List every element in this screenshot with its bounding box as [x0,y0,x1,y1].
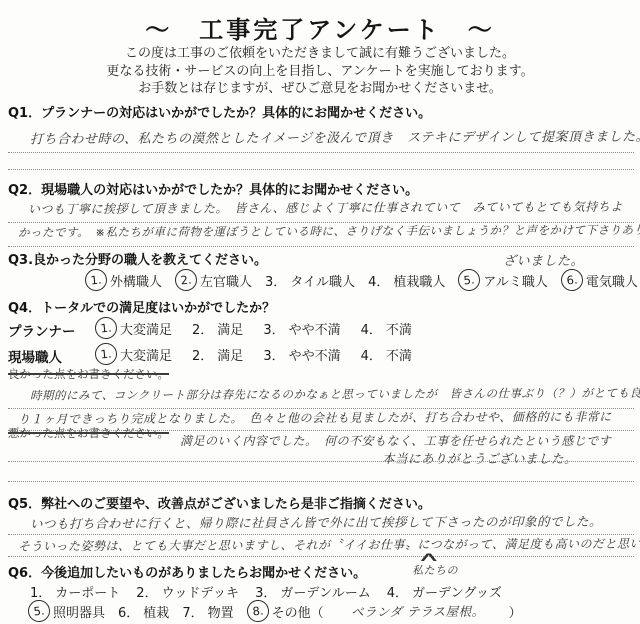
q4-planner-option-3-number: 3． [263,319,284,338]
q3-option-4: 4．植栽職人 [368,271,445,290]
q4-workers-option-1-circle-mark: 1. [94,342,118,366]
q6-option-5-circle-mark: 5. [27,599,51,623]
q6-options-row-1: 1．カーポート 2．ウッドデッキ 3．ガーデンルーム 4．ガーデングッズ [30,582,502,601]
q4-workers-option-2: 2．満足 [192,345,243,364]
q6-option-4: 4．ガーデングッズ [387,582,502,601]
q4-answer-handwriting-3: 満足のいく内容でした。 何の不安もなく、工事を任せられたという感じです [180,432,611,449]
q3-option-2: 2.左官職人 [175,269,252,291]
q4-workers-option-3-number: 3． [263,345,284,364]
intro-text: この度は工事のご依頼をいただきまして誠に有難うございました。 更なる技術・サービ… [0,45,640,98]
q5-label: Q5．弊社へのご要望や、改善点がございましたら是非ご指摘ください。 [8,493,431,512]
q6-option-1-label: カーポート [55,582,120,601]
q6-option-7: 7．物置 [182,602,233,621]
intro-line-1: この度は工事のご依頼をいただきまして誠に有難うございました。 [0,45,640,63]
q2-answer-line-1: いつも丁寧に挨拶して頂きました。 皆さん、感じよく丁寧に仕事されていて みていて… [8,199,634,223]
q6-close-paren: ） [509,602,522,621]
q4-planner-option-1-label: 大変満足 [120,319,172,338]
q6-option-2: 2．ウッドデッキ [136,582,239,601]
q4-workers-option-1-label: 大変満足 [120,345,172,364]
q6-option-7-label: 物置 [208,602,234,621]
q1-label: Q1．プランナーの対応はいかがでしたか？具体的にお聞かせください。 [8,102,431,121]
q4-planner-option-4-label: 不満 [386,319,412,338]
q3-option-5-label: アルミ職人 [483,271,547,290]
q6-option-6-number: 6． [118,602,139,621]
q6-option-4-number: 4． [387,582,408,601]
q6-option-5: 5.照明器具 [28,600,105,622]
q4-workers-option-3-label: やや不満 [289,345,341,364]
q4-answer-handwriting-1: 時期的にみて、コンクリート部分は春先になるのかなぁと思っていましたが 皆さんの仕… [30,385,640,404]
q3-option-3: 3．タイル職人 [265,271,355,290]
q2-label: Q2．現場職人の対応はいかがでしたか？具体的にお聞かせください。 [8,179,418,198]
q6-option-4-label: ガーデングッズ [412,582,502,601]
q2-answer-handwriting-2: かったです。 ※私たちが車に荷物を運ぼうとしている時に、さりげなく手伝いましょう… [18,222,640,241]
intro-line-3: お手数とは存じますが、ぜひご意見をお聞かせくださいませ。 [0,80,640,98]
q4-workers-option-2-number: 2． [192,345,213,364]
q1-answer-line: 打ち合わせ時の、私たちの漠然としたイメージを汲んで頂き ステキにデザインして提案… [8,127,634,153]
q4-blank-answer-line-1 [8,461,634,462]
q6-option-6: 6．植栽 [118,602,169,621]
q4-workers-option-1: 1.大変満足 [95,343,172,365]
form-title: ～ 工事完了アンケート ～ [0,10,640,45]
q2-answer-line-2: かったです。 ※私たちが車に荷物を運ぼうとしている時に、さりげなく手伝いましょう… [8,223,634,247]
q5-answer-handwriting-2: そういった姿勢は、とても大事だと思いますし、それが〝イイお仕事〟につながって、満… [18,535,640,555]
q4-row-workers-options: 1.大変満足 2．満足 3．やや不満 4．不満 [95,343,412,365]
q6-other-answer-handwriting: ベランダ テラス屋根。 [351,602,496,621]
q2-answer-overflow-handwriting: ざいました。 [503,250,584,269]
q5-answer-handwriting-1: いつも打ち合わせに行くと、帰り際に社員さん皆で外に出て挨拶して下さったのが印象的… [30,512,602,532]
q4-row-planner-name: プランナー [8,320,76,340]
q3-label: Q3.良かった分野の職人を教えてください。 [8,249,267,268]
q1-answer-handwriting: 打ち合わせ時の、私たちの漠然としたイメージを汲んで頂き ステキにデザインして提案… [30,126,640,148]
q4-label: Q4．トータルでの満足度はいかがでしたか？ [8,297,275,316]
q4-answer-line-1: 時期的にみて、コンクリート部分は春先になるのかなぁと思っていましたが 皆さんの仕… [8,386,634,409]
intro-line-2: 更なる技術・サービスの向上を目指し、アンケートを実施しております。 [0,63,640,81]
q3-option-5-circle-mark: 5. [457,268,481,292]
q6-label: Q6．今後追加したいものがありましたらお聞かせください。 [8,562,366,581]
q2-answer-handwriting-1: いつも丁寧に挨拶して頂きました。 皆さん、感じよく丁寧に仕事されていて みていて… [28,198,623,218]
q4-good-points-prompt: 良かった点をお書きください。 [8,366,169,382]
q6-option-3: 3．ガーデンルーム [255,582,371,601]
q4-workers-option-2-label: 満足 [217,345,243,364]
q3-option-2-label: 左官職人 [200,271,252,290]
q4-workers-option-4-label: 不満 [386,345,412,364]
q4-answer-handwriting-4: 本当にありがとうございました。 [382,449,577,467]
q4-blank-answer-line-2 [8,481,634,482]
q3-option-6: 6.電気職人 [561,269,638,291]
q6-option-8: 8.その他（ [247,600,324,622]
q6-option-1: 1．カーポート [30,582,120,601]
q4-planner-option-2: 2．満足 [192,319,243,338]
q4-planner-option-1-circle-mark: 1. [94,316,118,340]
q3-option-6-circle-mark: 6. [560,268,584,292]
q4-planner-option-2-number: 2． [192,319,213,338]
q5-insertion-handwriting: 私たちの [412,562,458,578]
q3-option-2-circle-mark: 2. [174,268,198,292]
q3-option-1-circle-mark: 1. [84,268,108,292]
q6-options-row-2: 5.照明器具 6．植栽 7．物置 8.その他（ ベランダ テラス屋根。 ） [28,600,522,622]
q4-planner-option-3: 3．やや不満 [263,319,340,338]
q4-planner-option-2-label: 満足 [217,319,243,338]
q4-bad-points-prompt: 悪かった点をお書きください。 [8,425,169,441]
q5-answer-line-1: いつも打ち合わせに行くと、帰り際に社員さん皆で外に出て挨拶して下さったのが印象的… [8,513,634,535]
q4-planner-option-1: 1.大変満足 [95,317,172,339]
q6-option-3-label: ガーデンルーム [280,582,370,601]
q4-planner-option-3-label: やや不満 [289,319,341,338]
q4-row-workers-name: 現場職人 [8,346,62,366]
survey-scan-page: ～ 工事完了アンケート ～ この度は工事のご依頼をいただきまして誠に有難うござい… [0,0,640,624]
q6-option-2-number: 2． [136,582,157,601]
q3-option-1: 1.外構職人 [85,269,162,291]
q6-option-1-number: 1． [30,582,51,601]
q6-option-5-label: 照明器具 [53,602,105,621]
q3-option-1-label: 外構職人 [110,271,162,290]
q3-option-5: 5.アルミ職人 [458,269,547,291]
q6-option-7-number: 7． [182,602,203,621]
q5-answer-line-2: そういった姿勢は、とても大事だと思いますし、それが〝イイお仕事〟につながって、満… [8,536,634,557]
q3-option-6-label: 電気職人 [586,271,638,290]
q4-workers-option-4-number: 4． [361,345,382,364]
q6-option-8-circle-mark: 8. [246,599,270,623]
q4-planner-option-4: 4．不満 [361,319,412,338]
q4-workers-option-3: 3．やや不満 [263,345,340,364]
q6-option-3-number: 3． [255,582,276,601]
q4-planner-option-4-number: 4． [361,319,382,338]
q6-option-6-label: 植栽 [143,602,169,621]
q3-option-3-number: 3． [265,271,286,290]
q4-row-planner-options: 1.大変満足 2．満足 3．やや不満 4．不満 [95,317,412,339]
q3-option-4-number: 4． [368,271,389,290]
q6-option-8-label: その他（ [272,602,324,621]
q3-options-row: 1.外構職人 2.左官職人 3．タイル職人 4．植栽職人 5.アルミ職人 6.電… [85,269,638,291]
q3-option-3-label: タイル職人 [290,271,355,290]
q4-workers-option-4: 4．不満 [361,345,412,364]
q6-option-2-label: ウッドデッキ [162,582,239,601]
q1-blank-answer-line [8,169,634,170]
q3-option-4-label: 植栽職人 [393,271,445,290]
